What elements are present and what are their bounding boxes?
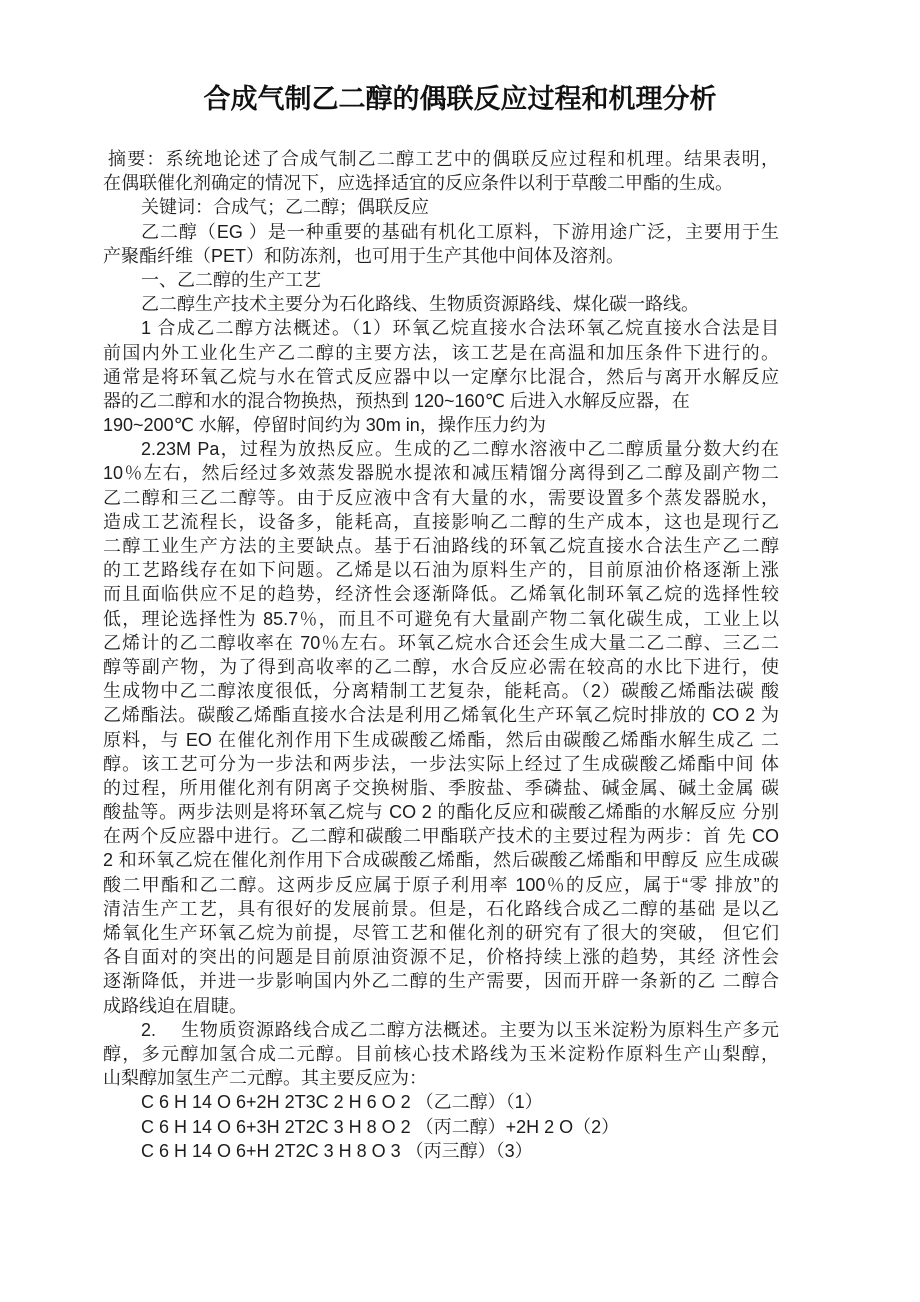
text-line: 乙二醇生产技术主要分为石化路线、生物质资源路线、煤化碳一路线。 — [103, 292, 779, 316]
text-line: 前国内外工业化生产乙二醇的主要方法，该工艺是在高温和加压条件下进行的。 — [103, 341, 779, 365]
text-line: 2 和环氧乙烷在催化剂作用下合成碳酸乙烯酯，然后碳酸乙烯酯和甲醇反 应生成碳 — [103, 848, 779, 872]
text-line: 关键词：合成气；乙二醇；偶联反应 — [103, 195, 779, 219]
text-line: 的工艺路线存在如下问题。乙烯是以石油为原料生产的，目前原油价格逐渐上涨 — [103, 558, 779, 582]
text-line: 器的乙二醇和水的混合物换热，预热到 120~160℃ 后进入水解反应器，在 — [103, 389, 779, 413]
document-body: 摘要：系统地论述了合成气制乙二醇工艺中的偶联反应过程和机理。结果表明，在偶联催化… — [103, 147, 779, 1163]
text-line: 乙二醇和三乙二醇等。由于反应液中含有大量的水，需要设置多个蒸发器脱水， — [103, 486, 779, 510]
text-line: C 6 H 14 O 6+3H 2T2C 3 H 8 O 2 （丙二醇）+2H … — [103, 1115, 779, 1139]
text-line: 10％左右，然后经过多效蒸发器脱水提浓和减压精馏分离得到乙二醇及副产物二 — [103, 461, 779, 485]
text-line: C 6 H 14 O 6+2H 2T3C 2 H 6 O 2 （乙二醇）（1） — [103, 1090, 779, 1114]
text-line: 成路线迫在眉睫。 — [103, 994, 779, 1018]
text-line: 一、乙二醇的生产工艺 — [103, 268, 779, 292]
text-line: 2.23M Pa，过程为放热反应。生成的乙二醇水溶液中乙二醇质量分数大约在 — [103, 437, 779, 461]
text-line: 酸盐等。两步法则是将环氧乙烷与 CO 2 的酯化反应和碳酸乙烯酯的水解反应 分别 — [103, 800, 779, 824]
text-line: 低，理论选择性为 85.7％，而且不可避免有大量副产物二氧化碳生成，工业上以 — [103, 607, 779, 631]
text-line: 的过程，所用催化剂有阴离子交换树脂、季胺盐、季磷盐、碱金属、碱土金属 碳 — [103, 776, 779, 800]
text-line: 乙烯酯法。碳酸乙烯酯直接水合法是利用乙烯氧化生产环氧乙烷时排放的 CO 2 为 — [103, 703, 779, 727]
text-line: 在两个反应器中进行。乙二醇和碳酸二甲酯联产技术的主要过程为两步：首 先 CO — [103, 824, 779, 848]
text-line: 乙二醇（EG ）是一种重要的基础有机化工原料，下游用途广泛，主要用于生 — [103, 220, 779, 244]
text-line: 190~200℃ 水解，停留时间约为 30m in，操作压力约为 — [103, 413, 779, 437]
text-line: 造成工艺流程长，设备多，能耗高，直接影响乙二醇的生产成本，这也是现行乙 — [103, 510, 779, 534]
text-line: 乙烯计的乙二醇收率在 70％左右。环氧乙烷水合还会生成大量二乙二醇、三乙二 — [103, 631, 779, 655]
document-title: 合成气制乙二醇的偶联反应过程和机理分析 — [0, 82, 920, 116]
text-line: 而且面临供应不足的趋势，经济性会逐渐降低。乙烯氧化制环氧乙烷的选择性较 — [103, 582, 779, 606]
text-line: 烯氧化生产环氧乙烷为前提，尽管工艺和催化剂的研究有了很大的突破， 但它们 — [103, 921, 779, 945]
text-line: 产聚酯纤维（PET）和防冻剂，也可用于生产其他中间体及溶剂。 — [103, 244, 779, 268]
text-line: 摘要：系统地论述了合成气制乙二醇工艺中的偶联反应过程和机理。结果表明， — [103, 147, 779, 171]
text-line: 醇。该工艺可分为一步法和两步法，一步法实际上经过了生成碳酸乙烯酯中间 体 — [103, 752, 779, 776]
text-line: 酸二甲酯和乙二醇。这两步反应属于原子利用率 100％的反应，属于“零 排放”的 — [103, 873, 779, 897]
text-line: 各自面对的突出的问题是目前原油资源不足，价格持续上涨的趋势，其经 济性会 — [103, 945, 779, 969]
text-line: C 6 H 14 O 6+H 2T2C 3 H 8 O 3 （丙三醇）（3） — [103, 1139, 779, 1163]
text-line: 生成物中乙二醇浓度很低，分离精制工艺复杂，能耗高。（2）碳酸乙烯酯法碳 酸 — [103, 679, 779, 703]
text-line: 原料，与 EO 在催化剂作用下生成碳酸乙烯酯，然后由碳酸乙烯酯水解生成乙 二 — [103, 728, 779, 752]
text-line: 二醇工业生产方法的主要缺点。基于石油路线的环氧乙烷直接水合法生产乙二醇 — [103, 534, 779, 558]
text-line: 1 合成乙二醇方法概述。（1）环氧乙烷直接水合法环氧乙烷直接水合法是目 — [103, 316, 779, 340]
text-line: 醇等副产物，为了得到高收率的乙二醇，水合反应必需在较高的水比下进行，使 — [103, 655, 779, 679]
text-line: 逐渐降低，并进一步影响国内外乙二醇的生产需要，因而开辟一条新的乙 二醇合 — [103, 969, 779, 993]
text-line: 通常是将环氧乙烷与水在管式反应器中以一定摩尔比混合，然后与离开水解反应 — [103, 365, 779, 389]
text-line: 山梨醇加氢生产二元醇。其主要反应为： — [103, 1066, 779, 1090]
document-page: 合成气制乙二醇的偶联反应过程和机理分析 摘要：系统地论述了合成气制乙二醇工艺中的… — [0, 0, 920, 1302]
text-line: 2. 生物质资源路线合成乙二醇方法概述。主要为以玉米淀粉为原料生产多元 — [103, 1018, 779, 1042]
text-line: 清洁生产工艺，具有很好的发展前景。但是，石化路线合成乙二醇的基础 是以乙 — [103, 897, 779, 921]
text-line: 醇，多元醇加氢合成二元醇。目前核心技术路线为玉米淀粉作原料生产山梨醇， — [103, 1042, 779, 1066]
text-line: 在偶联催化剂确定的情况下，应选择适宜的反应条件以利于草酸二甲酯的生成。 — [103, 171, 779, 195]
